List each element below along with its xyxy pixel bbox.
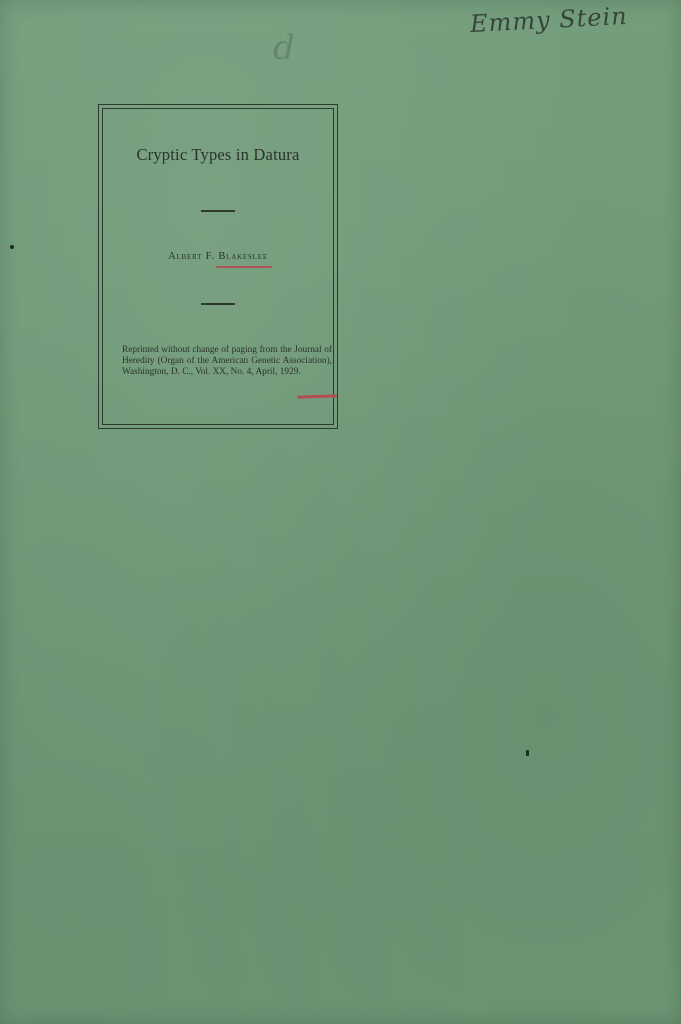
author-line: Albert F. Blakeslee xyxy=(99,251,337,262)
author-first-name: Albert F. xyxy=(168,251,215,262)
author-surname: Blakeslee xyxy=(218,251,268,262)
paper-speck xyxy=(526,750,529,756)
title-box: Cryptic Types in Datura Albert F. Blakes… xyxy=(98,104,338,429)
red-underline-mark xyxy=(216,266,272,268)
document-title: Cryptic Types in Datura xyxy=(99,145,337,165)
reprint-note: Reprinted without change of paging from … xyxy=(122,345,332,379)
divider-rule xyxy=(201,303,235,305)
paper-speck xyxy=(10,245,14,249)
divider-rule xyxy=(201,210,235,212)
pencil-mark: d xyxy=(273,28,295,68)
author-surname-wrapper: Blakeslee xyxy=(218,251,268,262)
